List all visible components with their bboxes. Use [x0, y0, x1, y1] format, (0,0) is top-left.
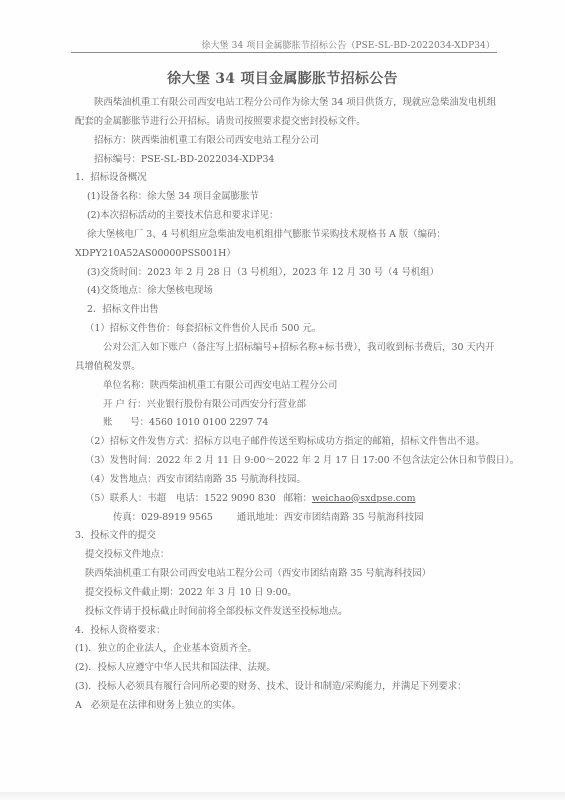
document-title: 徐大堡 34 项目金属膨胀节招标公告: [0, 68, 565, 88]
qualification-a: A 必须是在法律和财务上独立的实体。: [75, 697, 499, 716]
email-label: 邮箱：: [284, 493, 312, 504]
qualification-2: (2)．投标人应遵守中华人民共和国法律、法规。: [75, 659, 499, 678]
bank-value: 兴业银行股份有限公司西安分行营业部: [146, 399, 305, 410]
address-value: 西安市团结南路 35 号航海科技园: [284, 512, 424, 523]
qualification-1: (1)．独立的企业法人，企业基本资质齐全。: [75, 640, 499, 659]
sale-method: （2）招标文件发售方式：招标方以电子邮件传送至购标成功方指定的邮箱，招标文件售出…: [75, 433, 499, 452]
section-2-heading: 2．招标文件出售: [75, 301, 499, 320]
submission-location: 陕西柴油机重工有限公司西安电站工程分公司（西安市团结南路 35 号航海科技园）: [75, 565, 499, 584]
delivery-location: (4)交货地点：徐大堡核电现场: [75, 282, 499, 301]
submission-note: 投标文件请于投标截止时间前将全部投标文件发送至投标地点。: [75, 603, 499, 622]
tech-spec-line-1: 徐大堡核电厂 3、4 号机组应急柴油发电机组排气膨胀节采购技术规格书 A 版（编…: [75, 226, 499, 245]
intro-line-2: 配套的金属膨胀节进行公开招标。请贵司按照要求提交密封投标文件。: [75, 113, 499, 132]
account-number: 4560 1010 0100 2297 74: [149, 417, 268, 428]
document-price: （1）招标文件售价：每套招标文件售价人民币 500 元。: [75, 320, 499, 339]
sale-location: （4）发售地点：西安市团结南路 35 号航海科技园。: [75, 471, 499, 490]
tenderer-label: 招标方：: [94, 135, 132, 146]
delivery-time: (3)交货时间：2023 年 2 月 28 日（3 号机组），2023 年 12…: [75, 264, 499, 283]
tech-spec-line-2: XDPY210A52AS00000PSS001H）: [75, 245, 499, 264]
fax-address-line: 传真：029-8919 9565通讯地址：西安市团结南路 35 号航海科技园: [75, 509, 499, 528]
account-unit-line: 单位名称：陕西柴油机重工有限公司西安电站工程分公司: [75, 377, 499, 396]
section-4-heading: 4．投标人资格要求：: [75, 622, 499, 641]
contact-person: （5）联系人：韦超: [85, 493, 166, 504]
unit-label: 单位名称：: [103, 380, 150, 391]
intro-line-1: 陕西柴油机重工有限公司西安电站工程分公司作为徐大堡 34 项目供货方，现就应急柴…: [75, 94, 499, 113]
unit-value: 陕西柴油机重工有限公司西安电站工程分公司: [150, 380, 338, 391]
tender-number-value: PSE-SL-BD-2022034-XDP34: [141, 154, 275, 165]
email-link[interactable]: weichao@sxdpse.com: [312, 493, 416, 504]
phone-value: 1522 9090 830: [204, 493, 276, 504]
fax-value: 029-8919 9565: [141, 512, 213, 523]
payment-line-1: 公对公汇入如下账户（备注写上招标编号+招标名称+标书费），我司收到标书费后，30…: [75, 339, 499, 358]
tenderer-line: 招标方：陕西柴油机重工有限公司西安电站工程分公司: [75, 132, 499, 151]
account-label: 账 号：: [103, 417, 149, 428]
section-3-heading: 3．投标文件的提交: [75, 527, 499, 546]
section-1-heading: 1．招标设备概况: [75, 169, 499, 188]
tender-number-line: 招标编号：PSE-SL-BD-2022034-XDP34: [75, 151, 499, 170]
tender-number-label: 招标编号：: [94, 154, 141, 165]
equipment-name: (1)设备名称：徐大堡 34 项目金属膨胀节: [75, 188, 499, 207]
submission-location-label: 提交投标文件地点：: [75, 546, 499, 565]
page-bottom-edge: [0, 792, 565, 800]
tenderer-value: 陕西柴油机重工有限公司西安电站工程分公司: [132, 135, 320, 146]
phone-label: 电话：: [176, 493, 204, 504]
address-label: 通讯地址：: [237, 512, 284, 523]
document-page: 徐大堡 34 项目金属膨胀节招标公告（PSE-SL-BD-2022034-XDP…: [0, 0, 565, 800]
bank-label: 开 户 行：: [103, 399, 146, 410]
account-number-line: 账 号：4560 1010 0100 2297 74: [75, 414, 499, 433]
submission-deadline: 提交投标文件截止期：2022 年 3 月 10 日 9:00。: [75, 584, 499, 603]
running-header: 徐大堡 34 项目金属膨胀节招标公告（PSE-SL-BD-2022034-XDP…: [201, 38, 495, 51]
document-body: 陕西柴油机重工有限公司西安电站工程分公司作为徐大堡 34 项目供货方，现就应急柴…: [75, 94, 499, 716]
qualification-3: (3)．投标人必须具有履行合同所必要的财务、技术、设计和制造/采购能力，并满足下…: [75, 678, 499, 697]
account-bank-line: 开 户 行：兴业银行股份有限公司西安分行营业部: [75, 396, 499, 415]
fax-label: 传真：: [113, 512, 141, 523]
sale-time: （3）发售时间：2022 年 2 月 11 日 9:00～2022 年 2 月 …: [75, 452, 499, 471]
payment-line-2: 具增值税发票。: [75, 358, 499, 377]
contact-line: （5）联系人：韦超电话：1522 9090 830邮箱：weichao@sxdp…: [75, 490, 499, 509]
header-divider: [71, 52, 497, 53]
tech-requirements-intro: (2)本次招标活动的主要技术信息和要求详见：: [75, 207, 499, 226]
